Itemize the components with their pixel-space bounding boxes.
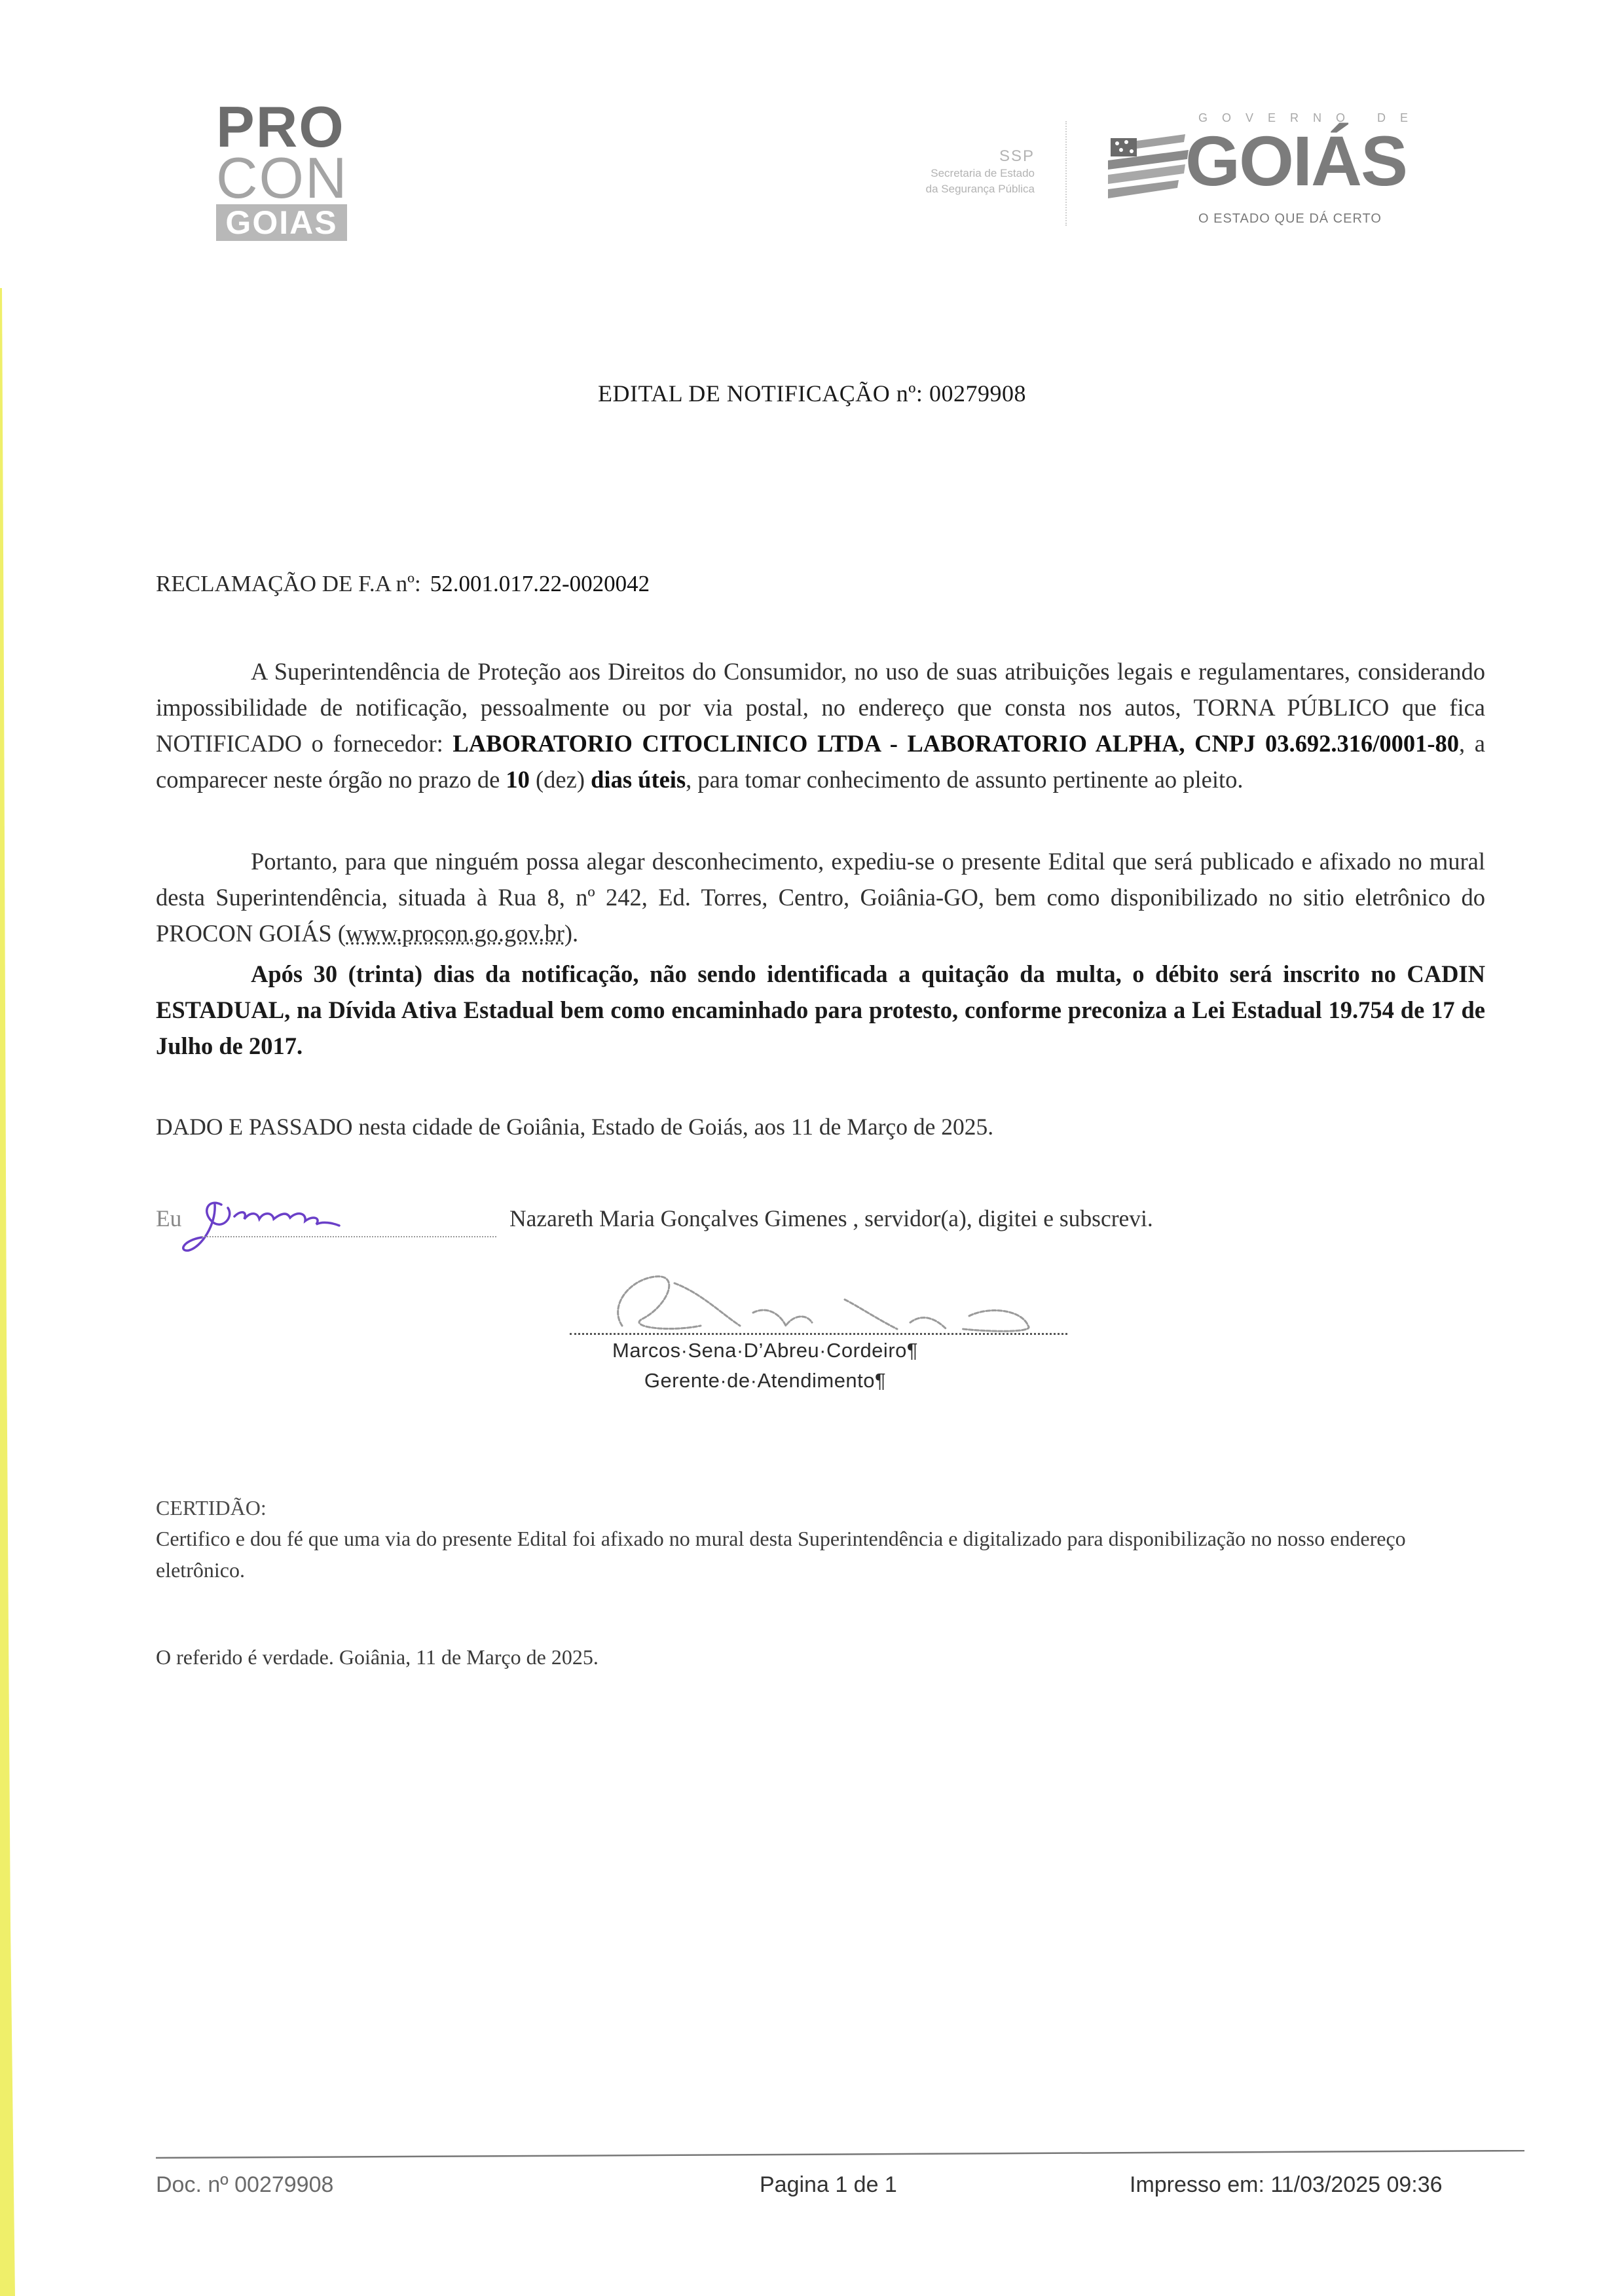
deadline-number: 10	[506, 766, 530, 793]
footer-page-number: Pagina 1 de 1	[760, 2172, 897, 2198]
ssp-acronym: SSP	[851, 147, 1035, 166]
publication-paragraph: Portanto, para que ninguém possa alegar …	[156, 843, 1485, 951]
ssp-logo: SSP Secretaria de Estado da Segurança Pú…	[851, 147, 1035, 197]
given-date-statement: DADO E PASSADO nesta cidade de Goiânia, …	[156, 1113, 993, 1140]
complaint-label: RECLAMAÇÃO DE F.A nº:	[156, 571, 421, 596]
ssp-line2: da Segurança Pública	[851, 181, 1035, 197]
manager-signature-icon	[570, 1267, 1080, 1342]
signatory-role: Gerente·de·Atendimento¶	[612, 1366, 918, 1396]
procon-goias-logo: PRO CON GOIAS	[216, 98, 373, 249]
footer-doc-number: Doc. nº 00279908	[156, 2172, 333, 2198]
procon-website-link[interactable]: www.procon.go.gov.br	[346, 920, 564, 947]
supplier-name: LABORATORIO CITOCLINICO LTDA - LABORATOR…	[452, 730, 1459, 757]
p3-text: Após 30 (trinta) dias da notificação, nã…	[156, 960, 1485, 1059]
typist-signature-icon	[175, 1185, 424, 1263]
manager-signature-line	[570, 1333, 1067, 1335]
procon-logo-band: GOIAS	[216, 204, 347, 241]
signatory-name: Marcos·Sena·D’Abreu·Cordeiro¶	[612, 1336, 918, 1366]
complaint-reference: RECLAMAÇÃO DE F.A nº:52.001.017.22-00200…	[156, 571, 650, 597]
footer-print-timestamp: Impresso em: 11/03/2025 09:36	[1130, 2172, 1443, 2198]
closing-statement: O referido é verdade. Goiânia, 11 de Mar…	[156, 1645, 599, 1669]
document-title: EDITAL DE NOTIFICAÇÃO nº: 00279908	[0, 380, 1624, 407]
typist-signature-line	[202, 1236, 496, 1237]
gov-logo-name: GOIÁS	[1185, 126, 1407, 196]
header-divider	[1065, 121, 1067, 226]
signatory-block: Marcos·Sena·D’Abreu·Cordeiro¶ Gerente·de…	[612, 1336, 918, 1396]
notification-paragraph: A Superintendência de Proteção aos Direi…	[156, 653, 1485, 797]
p2-text-b: ).	[564, 920, 578, 947]
typist-name: Nazareth Maria Gonçalves Gimenes , servi…	[509, 1205, 1153, 1232]
footer-divider	[156, 2154, 1524, 2156]
governo-goias-logo: GOVERNO DE GOIÁS O ESTADO QUE DÁ CERTO	[1107, 111, 1460, 229]
p1-text-d: , para tomar conhecimento de assunto per…	[686, 766, 1243, 793]
certificate-title: CERTIDÃO:	[156, 1496, 267, 1520]
gov-logo-slogan: O ESTADO QUE DÁ CERTO	[1198, 211, 1382, 227]
ssp-line1: Secretaria de Estado	[851, 166, 1035, 181]
debt-warning-paragraph: Após 30 (trinta) dias da notificação, nã…	[156, 956, 1485, 1064]
procon-logo-line2: CON	[216, 149, 348, 207]
flag-icon	[1107, 134, 1192, 210]
p1-text-c: (dez)	[530, 766, 591, 793]
procon-logo-line3: GOIAS	[216, 204, 347, 241]
complaint-number: 52.001.017.22-0020042	[430, 571, 650, 596]
deadline-unit: dias úteis	[591, 766, 686, 793]
certificate-text: Certifico e dou fé que uma via do presen…	[156, 1523, 1439, 1586]
